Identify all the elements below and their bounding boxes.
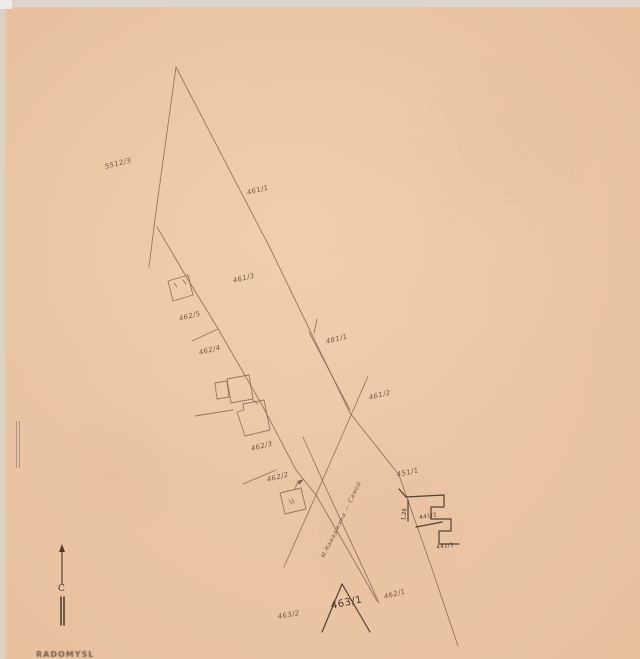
- scanned-cadastral-plan: 5512/3 461/1 461/3 462/5 462/4 481/1 461…: [0, 0, 640, 659]
- building-flag-icon: [295, 479, 304, 489]
- north-letter: С: [58, 584, 65, 594]
- corner-stamp-text: RADOMYSL: [36, 650, 94, 659]
- plan-drawing: [0, 0, 640, 659]
- boundary-lines: [149, 67, 458, 646]
- fold-marks: [17, 421, 20, 468]
